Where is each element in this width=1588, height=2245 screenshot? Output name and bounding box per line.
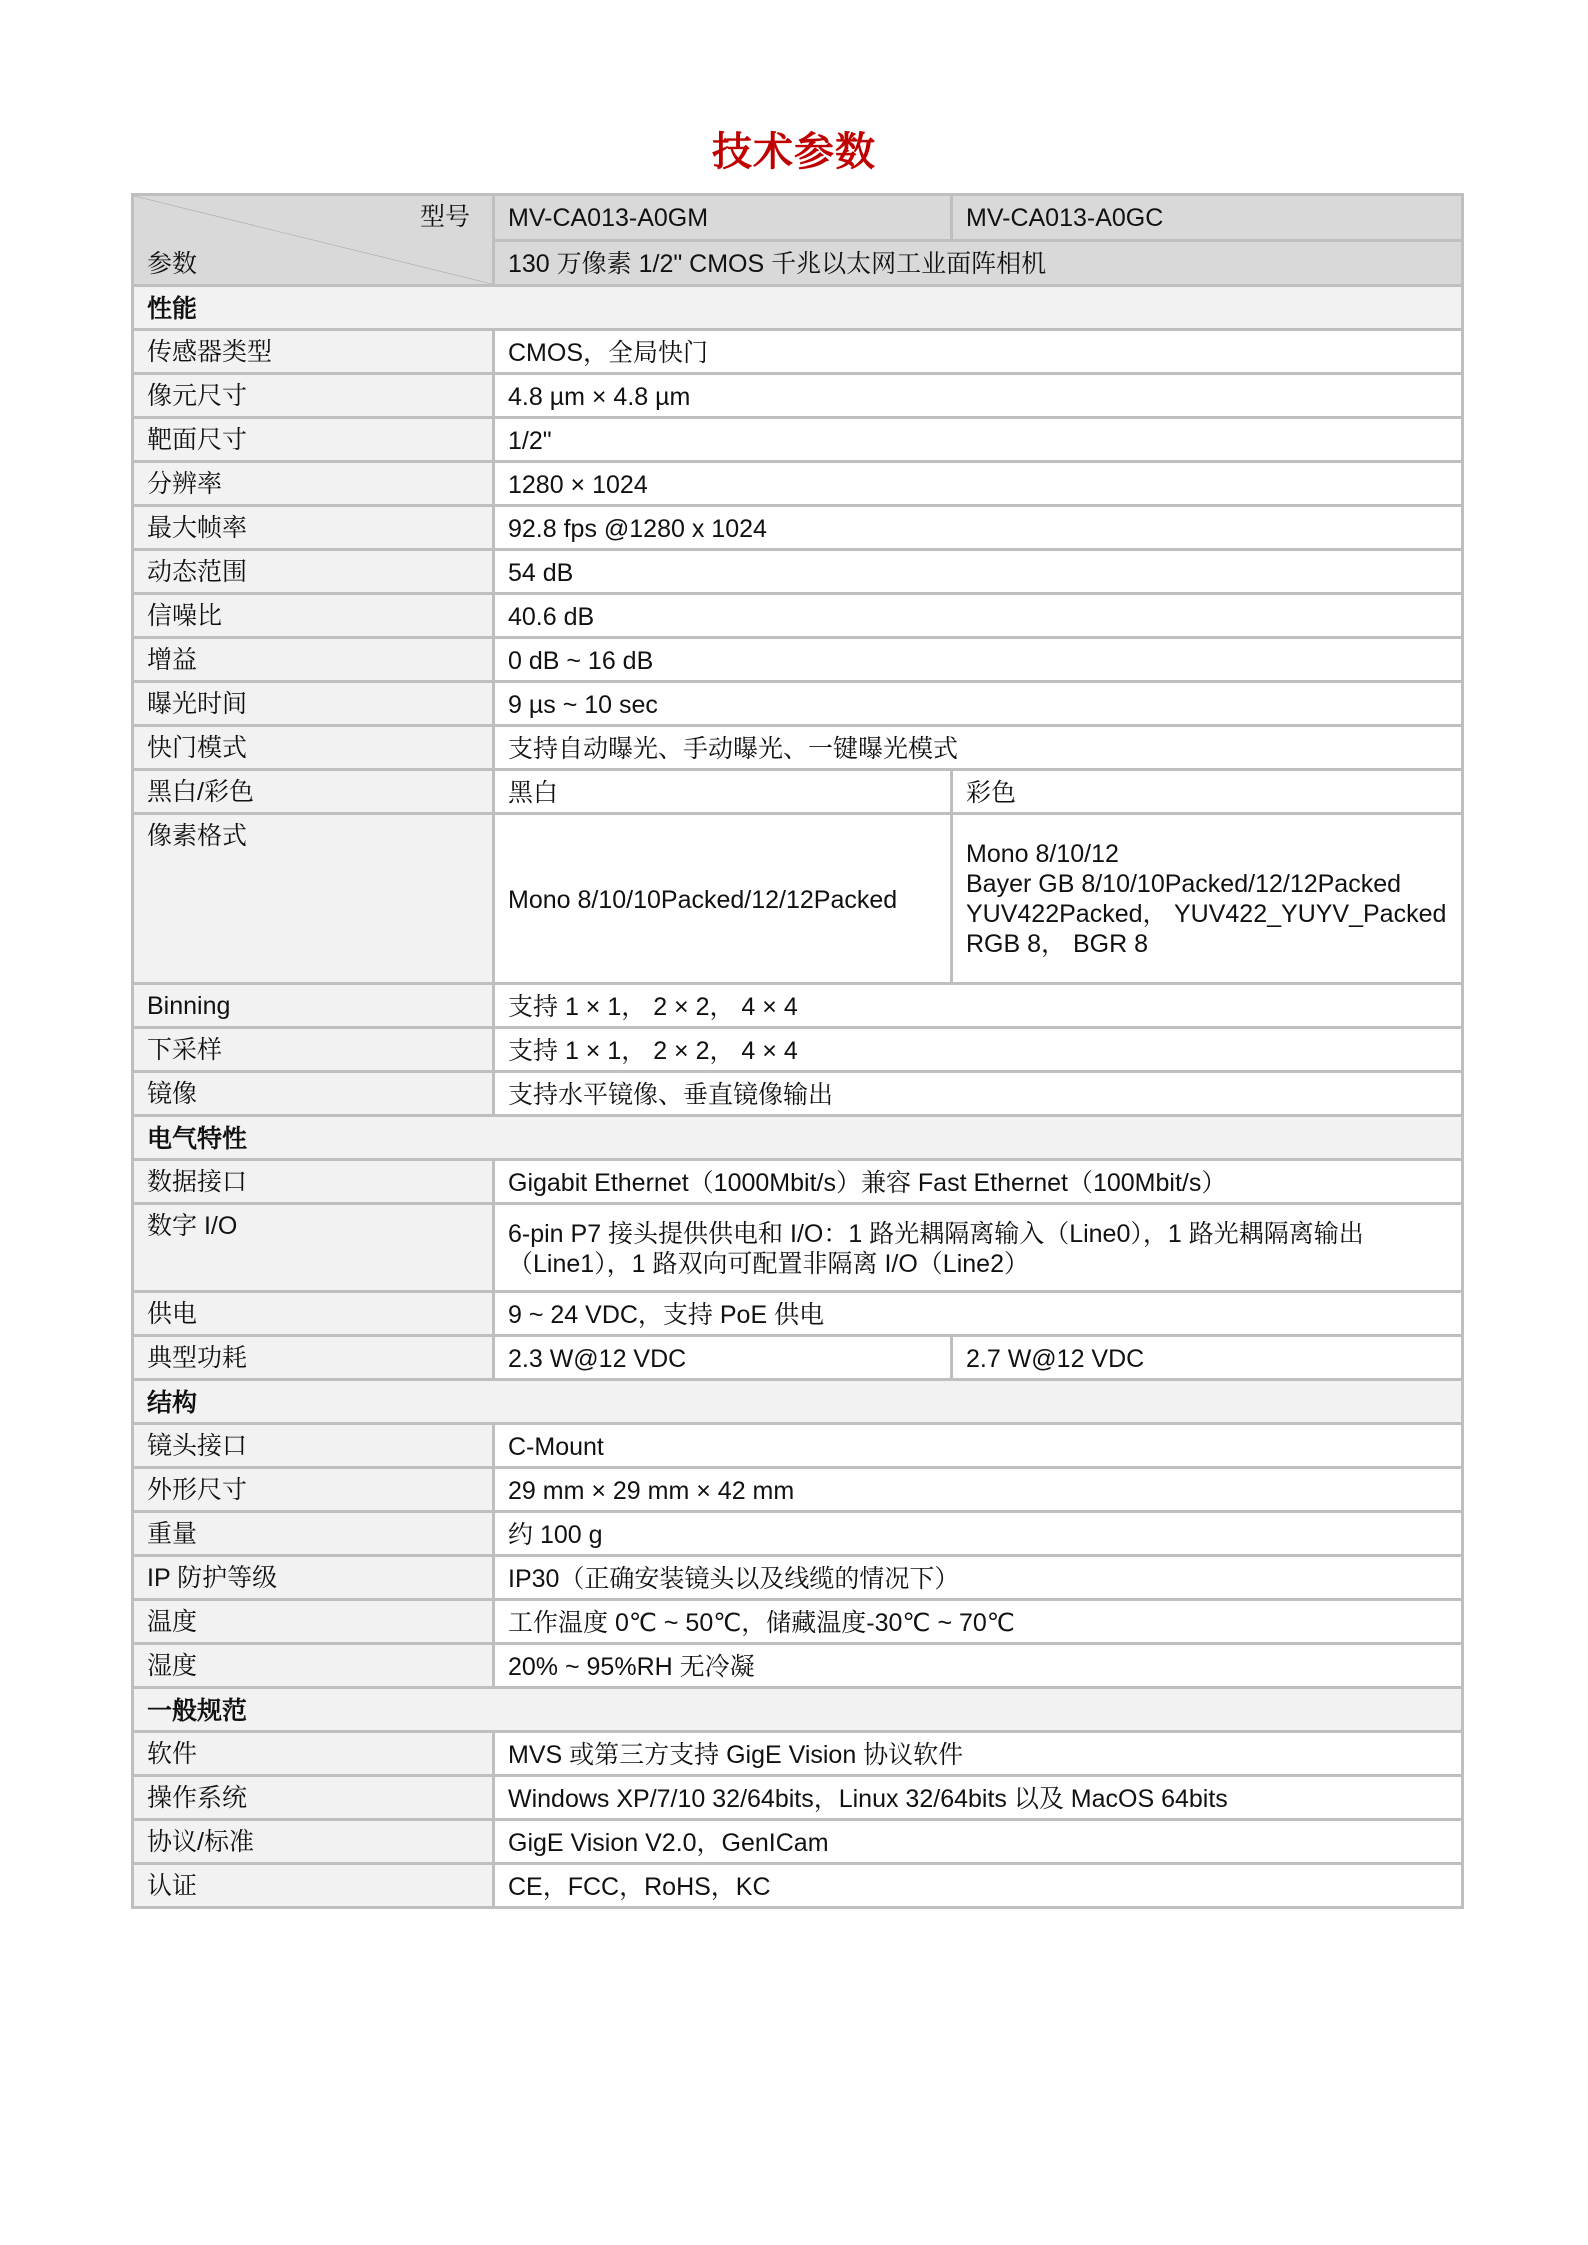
row-label: 外形尺寸: [133, 1468, 494, 1512]
section-title: 结构: [133, 1380, 1463, 1424]
table-row: 操作系统 Windows XP/7/10 32/64bits，Linux 32/…: [133, 1776, 1463, 1820]
row-value: 1280 × 1024: [494, 462, 1463, 506]
row-value-mono: Mono 8/10/10Packed/12/12Packed: [494, 814, 952, 984]
table-row: 认证 CE，FCC，RoHS，KC: [133, 1864, 1463, 1908]
table-row: 分辨率 1280 × 1024: [133, 462, 1463, 506]
section-title: 一般规范: [133, 1688, 1463, 1732]
row-value-color: Mono 8/10/12 Bayer GB 8/10/10Packed/12/1…: [952, 814, 1463, 984]
section-performance: 性能: [133, 286, 1463, 330]
row-value-color: 彩色: [952, 770, 1463, 814]
row-value-color: 2.7 W@12 VDC: [952, 1336, 1463, 1380]
table-row: IP 防护等级 IP30（正确安装镜头以及线缆的情况下）: [133, 1556, 1463, 1600]
row-value: 支持水平镜像、垂直镜像输出: [494, 1072, 1463, 1116]
row-label: 黑白/彩色: [133, 770, 494, 814]
row-value: 40.6 dB: [494, 594, 1463, 638]
table-row: 靶面尺寸 1/2": [133, 418, 1463, 462]
row-label: 像素格式: [133, 814, 494, 984]
diagonal-header-cell: 型号 参数: [133, 195, 494, 286]
row-value: CMOS，全局快门: [494, 330, 1463, 374]
pixel-format-line: RGB 8， BGR 8: [966, 929, 1448, 959]
row-value: 0 dB ~ 16 dB: [494, 638, 1463, 682]
header-row-models: 型号 参数 MV-CA013-A0GM MV-CA013-A0GC: [133, 195, 1463, 241]
row-label: 镜像: [133, 1072, 494, 1116]
table-row: 湿度 20% ~ 95%RH 无冷凝: [133, 1644, 1463, 1688]
row-label: 镜头接口: [133, 1424, 494, 1468]
row-label: 软件: [133, 1732, 494, 1776]
row-label: 湿度: [133, 1644, 494, 1688]
table-row: 数据接口 Gigabit Ethernet（1000Mbit/s）兼容 Fast…: [133, 1160, 1463, 1204]
product-description: 130 万像素 1/2" CMOS 千兆以太网工业面阵相机: [494, 240, 1463, 286]
row-value: GigE Vision V2.0，GenICam: [494, 1820, 1463, 1864]
row-value: 6-pin P7 接头提供供电和 I/O：1 路光耦隔离输入（Line0），1 …: [494, 1204, 1463, 1292]
section-general: 一般规范: [133, 1688, 1463, 1732]
row-label: 数据接口: [133, 1160, 494, 1204]
row-label: 典型功耗: [133, 1336, 494, 1380]
row-label: 供电: [133, 1292, 494, 1336]
row-value: 支持 1 × 1， 2 × 2， 4 × 4: [494, 984, 1463, 1028]
row-value: 29 mm × 29 mm × 42 mm: [494, 1468, 1463, 1512]
spec-table: 型号 参数 MV-CA013-A0GM MV-CA013-A0GC 130 万像…: [131, 193, 1464, 1909]
row-value: 54 dB: [494, 550, 1463, 594]
row-label: 协议/标准: [133, 1820, 494, 1864]
section-title: 电气特性: [133, 1116, 1463, 1160]
row-label: 增益: [133, 638, 494, 682]
table-row: 数字 I/O 6-pin P7 接头提供供电和 I/O：1 路光耦隔离输入（Li…: [133, 1204, 1463, 1292]
row-label: 像元尺寸: [133, 374, 494, 418]
row-label: 曝光时间: [133, 682, 494, 726]
row-label: 传感器类型: [133, 330, 494, 374]
row-value: Gigabit Ethernet（1000Mbit/s）兼容 Fast Ethe…: [494, 1160, 1463, 1204]
table-row: 下采样 支持 1 × 1， 2 × 2， 4 × 4: [133, 1028, 1463, 1072]
pixel-format-line: YUV422Packed， YUV422_YUYV_Packed: [966, 899, 1448, 929]
row-label: 数字 I/O: [133, 1204, 494, 1292]
page-title: 技术参数: [0, 120, 1588, 177]
table-row: 镜像 支持水平镜像、垂直镜像输出: [133, 1072, 1463, 1116]
section-electrical: 电气特性: [133, 1116, 1463, 1160]
row-label: 最大帧率: [133, 506, 494, 550]
row-label: 认证: [133, 1864, 494, 1908]
table-row: Binning 支持 1 × 1， 2 × 2， 4 × 4: [133, 984, 1463, 1028]
table-row: 黑白/彩色 黑白 彩色: [133, 770, 1463, 814]
pixel-format-line: Bayer GB 8/10/10Packed/12/12Packed: [966, 869, 1448, 899]
row-value: CE，FCC，RoHS，KC: [494, 1864, 1463, 1908]
table-row: 像元尺寸 4.8 µm × 4.8 µm: [133, 374, 1463, 418]
row-label: 快门模式: [133, 726, 494, 770]
section-title: 性能: [133, 286, 1463, 330]
row-value: C-Mount: [494, 1424, 1463, 1468]
table-row: 传感器类型 CMOS，全局快门: [133, 330, 1463, 374]
row-label: 信噪比: [133, 594, 494, 638]
table-row: 最大帧率 92.8 fps @1280 x 1024: [133, 506, 1463, 550]
table-row: 软件 MVS 或第三方支持 GigE Vision 协议软件: [133, 1732, 1463, 1776]
row-value: 工作温度 0℃ ~ 50℃，储藏温度-30℃ ~ 70℃: [494, 1600, 1463, 1644]
table-row: 供电 9 ~ 24 VDC，支持 PoE 供电: [133, 1292, 1463, 1336]
row-value: 支持 1 × 1， 2 × 2， 4 × 4: [494, 1028, 1463, 1072]
row-value: 支持自动曝光、手动曝光、一键曝光模式: [494, 726, 1463, 770]
row-value: 4.8 µm × 4.8 µm: [494, 374, 1463, 418]
table-row: 镜头接口 C-Mount: [133, 1424, 1463, 1468]
row-label: 温度: [133, 1600, 494, 1644]
table-row: 典型功耗 2.3 W@12 VDC 2.7 W@12 VDC: [133, 1336, 1463, 1380]
table-row: 协议/标准 GigE Vision V2.0，GenICam: [133, 1820, 1463, 1864]
model-mono: MV-CA013-A0GM: [494, 195, 952, 241]
row-label: 操作系统: [133, 1776, 494, 1820]
table-row: 温度 工作温度 0℃ ~ 50℃，储藏温度-30℃ ~ 70℃: [133, 1600, 1463, 1644]
table-row: 曝光时间 9 µs ~ 10 sec: [133, 682, 1463, 726]
row-value: 9 µs ~ 10 sec: [494, 682, 1463, 726]
table-row: 快门模式 支持自动曝光、手动曝光、一键曝光模式: [133, 726, 1463, 770]
row-value-mono: 黑白: [494, 770, 952, 814]
row-label: 分辨率: [133, 462, 494, 506]
row-value: 20% ~ 95%RH 无冷凝: [494, 1644, 1463, 1688]
row-value: 9 ~ 24 VDC，支持 PoE 供电: [494, 1292, 1463, 1336]
table-row: 增益 0 dB ~ 16 dB: [133, 638, 1463, 682]
row-label: IP 防护等级: [133, 1556, 494, 1600]
table-row: 信噪比 40.6 dB: [133, 594, 1463, 638]
model-label: 型号: [420, 202, 470, 232]
row-value: IP30（正确安装镜头以及线缆的情况下）: [494, 1556, 1463, 1600]
row-value: Windows XP/7/10 32/64bits，Linux 32/64bit…: [494, 1776, 1463, 1820]
table-row: 重量 约 100 g: [133, 1512, 1463, 1556]
pixel-format-line: Mono 8/10/12: [966, 839, 1448, 869]
row-label: 靶面尺寸: [133, 418, 494, 462]
row-value-mono: 2.3 W@12 VDC: [494, 1336, 952, 1380]
table-row: 外形尺寸 29 mm × 29 mm × 42 mm: [133, 1468, 1463, 1512]
row-value: 92.8 fps @1280 x 1024: [494, 506, 1463, 550]
row-value: 1/2": [494, 418, 1463, 462]
model-color: MV-CA013-A0GC: [952, 195, 1463, 241]
row-label: 重量: [133, 1512, 494, 1556]
row-value: MVS 或第三方支持 GigE Vision 协议软件: [494, 1732, 1463, 1776]
row-value: 约 100 g: [494, 1512, 1463, 1556]
table-row: 像素格式 Mono 8/10/10Packed/12/12Packed Mono…: [133, 814, 1463, 984]
row-label: Binning: [133, 984, 494, 1028]
row-label: 下采样: [133, 1028, 494, 1072]
table-row: 动态范围 54 dB: [133, 550, 1463, 594]
section-mechanical: 结构: [133, 1380, 1463, 1424]
param-label: 参数: [147, 249, 197, 279]
row-label: 动态范围: [133, 550, 494, 594]
